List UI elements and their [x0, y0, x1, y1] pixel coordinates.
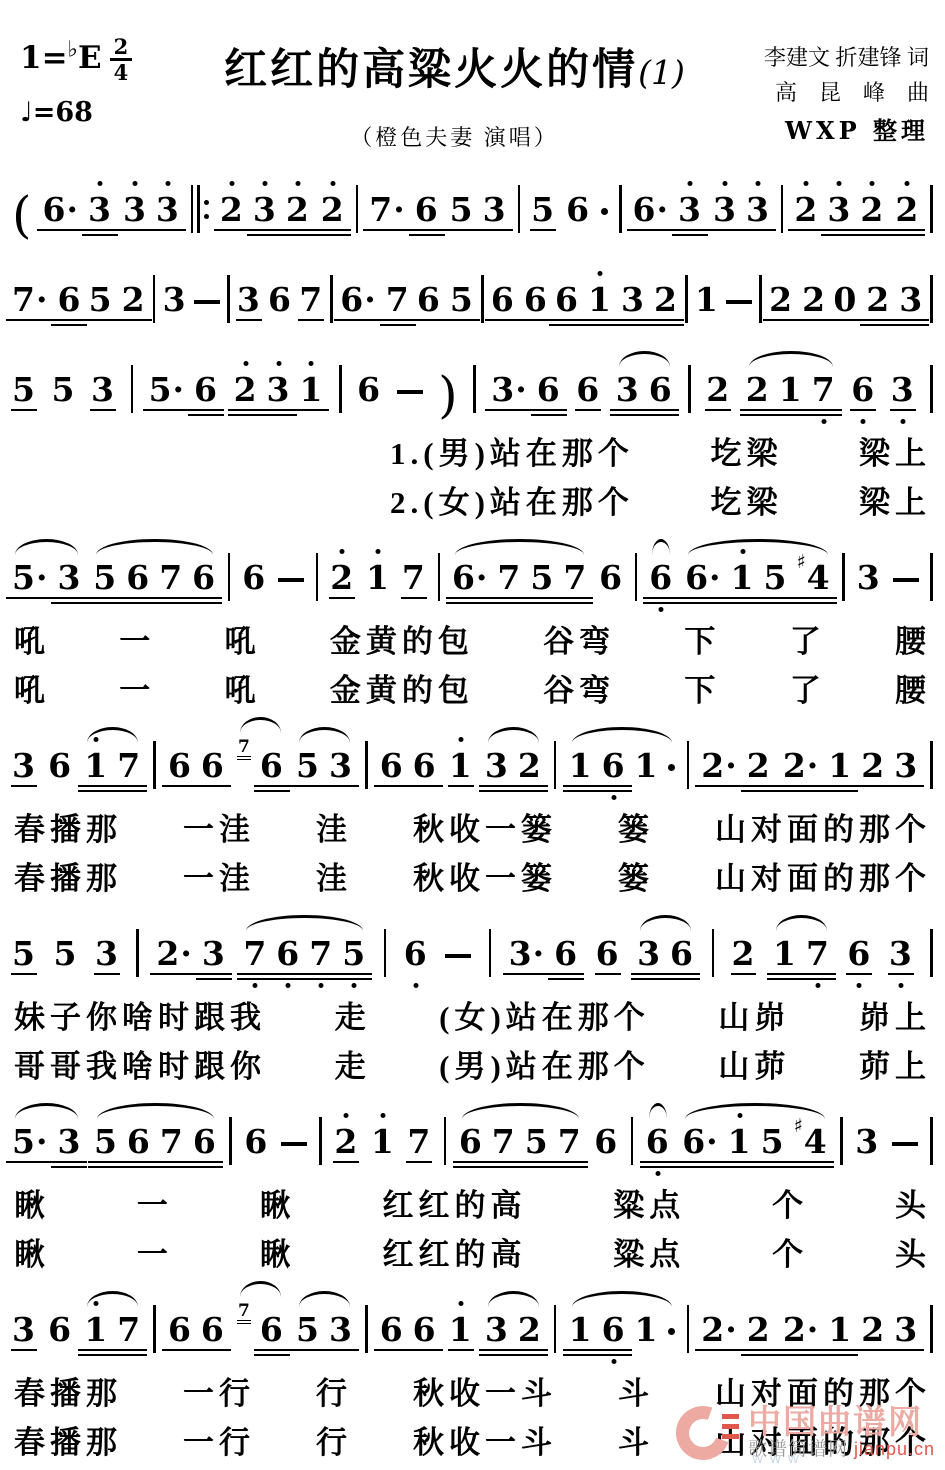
note: 6	[555, 283, 579, 316]
note: 7	[159, 561, 183, 594]
note: 3	[57, 1125, 81, 1158]
barline	[131, 365, 134, 413]
note: 7	[309, 937, 333, 970]
sharp-icon: ♯	[796, 553, 805, 572]
note: 7	[117, 1313, 141, 1346]
note: 6	[192, 561, 216, 594]
barline	[687, 1305, 690, 1353]
note: 2	[518, 1313, 542, 1346]
note: 5	[53, 937, 77, 970]
duration-dash	[194, 300, 220, 305]
duration-dash	[726, 300, 752, 305]
slur-group: 36	[616, 373, 673, 406]
note: 6	[57, 283, 81, 316]
slur-group: 6·757	[452, 561, 587, 594]
note: 6·	[43, 193, 79, 226]
note: 6	[357, 373, 381, 406]
octave-dot-below	[611, 1359, 616, 1364]
octave-dot-above	[262, 181, 267, 186]
duration-dash	[445, 954, 471, 959]
lyrics-block: 妹子你啥时跟我走(女)站在那个山峁峁上哥哥我啥时跟你走(男)站在那个山茆茆上	[0, 992, 945, 1090]
beam-group: 2·3	[156, 937, 225, 970]
note: 7	[243, 937, 267, 970]
note: 3	[88, 193, 112, 226]
note: 5	[52, 373, 76, 406]
note: 3	[483, 193, 507, 226]
slur-group: 53	[296, 749, 353, 782]
note: 5	[93, 561, 117, 594]
lyric-segment: 头	[895, 1180, 931, 1225]
lyric-segment: 红红的高	[382, 1180, 526, 1225]
barline	[153, 741, 156, 789]
slur-group: 161	[569, 749, 675, 782]
beam-group: 33	[713, 193, 770, 226]
note: 1	[635, 749, 659, 782]
lyric-segment: 腰	[895, 665, 931, 710]
duration-dash	[892, 1142, 918, 1147]
barline	[229, 1117, 232, 1165]
barline	[365, 741, 368, 789]
note: 6	[242, 561, 266, 594]
slur-group: 17	[84, 1313, 141, 1346]
note: 6	[417, 283, 441, 316]
note: 3	[123, 193, 147, 226]
note: 3	[57, 561, 81, 594]
octave-dot-below	[319, 983, 324, 988]
lyric-segment: 瞅	[14, 1180, 50, 1225]
note: 2·	[156, 937, 192, 970]
performer-subtitle: （橙色夫妻 演唱）	[198, 121, 711, 152]
barline	[635, 553, 638, 601]
open-paren: (	[12, 195, 32, 235]
note: 1	[635, 1313, 659, 1346]
slur-group: 6757	[459, 1125, 582, 1158]
note: 5	[450, 193, 474, 226]
note: 3	[827, 193, 851, 226]
note: 5	[342, 937, 366, 970]
credits-block: 李建文 折建锋 词 高 昆 峰 曲 WXP 整理	[711, 36, 929, 152]
note: 2	[794, 193, 818, 226]
lyric-segment: 山对面的那个	[715, 804, 931, 849]
music-line: 5535·62316)3·6636221763	[0, 338, 945, 428]
barline	[316, 553, 319, 601]
lyric-segment: 下	[684, 665, 720, 710]
octave-dot-above	[330, 181, 335, 186]
lyric-segment: 峁上	[859, 992, 931, 1037]
note: 7	[806, 937, 830, 970]
note: 2	[747, 1313, 771, 1346]
note: 7	[117, 749, 141, 782]
barline	[687, 741, 690, 789]
watermark-site-name: 中国曲谱网	[748, 1406, 935, 1441]
sharp-icon: ♯	[794, 1117, 803, 1136]
note: 2	[746, 373, 770, 406]
octave-dot-above	[755, 181, 760, 186]
note: 5	[296, 749, 320, 782]
note: 6	[380, 749, 404, 782]
note: 0	[833, 283, 857, 316]
note: 3	[899, 283, 923, 316]
beam-group: 2	[321, 193, 345, 226]
octave-dot-above	[344, 1113, 349, 1118]
barline	[554, 1305, 557, 1353]
beam-group: 22	[769, 283, 826, 316]
note: 1	[828, 1313, 852, 1346]
octave-dot-above	[165, 181, 170, 186]
note: 3	[237, 283, 261, 316]
slur-group: 17	[84, 749, 141, 782]
note: 6	[260, 1313, 284, 1346]
note: 2	[122, 283, 146, 316]
note: 3	[894, 749, 918, 782]
lyric-segment: 山茆	[718, 1041, 790, 1086]
note: 2	[747, 749, 771, 782]
octave-dot-below	[659, 607, 664, 612]
lyric-segment: 春播那	[14, 804, 122, 849]
beam-group: 3·6	[491, 373, 560, 406]
note: 7	[299, 283, 323, 316]
lyric-segment: (女)站在那个	[439, 992, 650, 1037]
octave-dot-above	[804, 181, 809, 186]
lyric-segment: 哥哥我啥时跟你	[14, 1041, 266, 1086]
note: 6	[413, 1313, 437, 1346]
lyric-segment: 梁上	[859, 477, 931, 522]
note: 2	[334, 1125, 358, 1158]
note: 5	[761, 1125, 785, 1158]
note: 5	[296, 1313, 320, 1346]
octave-dot-above	[870, 181, 875, 186]
barline	[228, 553, 231, 601]
grace-note: 7	[237, 739, 251, 760]
slur-group: 17	[773, 937, 830, 970]
augmentation-dot	[668, 764, 675, 771]
note: 5	[530, 561, 554, 594]
beam-group: 66	[380, 1313, 437, 1346]
watermark-faint-url: www	[752, 1451, 806, 1467]
note: 6·	[340, 283, 376, 316]
note: 2	[895, 193, 919, 226]
note: 7	[407, 1125, 431, 1158]
beam-group: 53	[450, 193, 507, 226]
note: 1	[588, 283, 612, 316]
lyric-segment: 秋收一篓	[413, 804, 557, 849]
lyric-segment: 了	[790, 665, 826, 710]
note: 3	[746, 193, 770, 226]
octave-dot-above	[243, 361, 248, 366]
slur-group: 7675	[243, 937, 366, 970]
lyric-line: 瞅一瞅红红的高粱点个头	[14, 1229, 931, 1278]
beam-group: 66	[168, 749, 225, 782]
note: 1	[779, 373, 803, 406]
octave-dot-below	[611, 795, 616, 800]
barline	[930, 1117, 933, 1165]
barline	[365, 1305, 368, 1353]
note: 2	[654, 283, 678, 316]
beam-group: 2	[895, 193, 919, 226]
note: 6·	[452, 561, 488, 594]
beam-group: 6132	[555, 283, 678, 316]
note: 2	[234, 373, 258, 406]
note: 7	[386, 283, 410, 316]
note: 6	[201, 1313, 225, 1346]
lyric-segment: 秋收一斗	[413, 1417, 557, 1462]
note: 6	[566, 193, 590, 226]
lyric-segment: 吼	[225, 665, 261, 710]
octave-dot-below	[352, 983, 357, 988]
lyric-segment: 茆上	[859, 1041, 931, 1086]
octave-dot-above	[94, 737, 99, 742]
note: 6	[201, 749, 225, 782]
note: 2	[321, 193, 345, 226]
lyric-segment: 瞅	[14, 1229, 50, 1274]
lyric-line: 吼一吼金黄的包谷弯下了腰	[14, 616, 931, 665]
beam-group: 66	[168, 1313, 225, 1346]
octave-dot-above	[276, 361, 281, 366]
music-line: 7·65233676·765666132122023	[0, 248, 945, 338]
note: 3·	[509, 937, 545, 970]
grace-note: 7	[237, 1303, 251, 1324]
lyric-segment: 山对面的那个	[715, 853, 931, 898]
octave-dot-below	[655, 1171, 660, 1176]
note: 6	[168, 749, 192, 782]
lyric-segment: 秋收一斗	[413, 1368, 557, 1413]
lyric-segment: 一洼	[183, 853, 255, 898]
note: 7	[563, 561, 587, 594]
lyric-segment: 金黄的包	[330, 665, 474, 710]
augmentation-dot	[601, 208, 608, 215]
note: 2	[220, 193, 244, 226]
note: 5	[450, 283, 474, 316]
barline	[781, 185, 784, 233]
music-line: 5·3567662176·757666·15♯43	[0, 526, 945, 616]
note: 6	[168, 1313, 192, 1346]
note: 5	[94, 1125, 118, 1158]
watermark: 中国曲谱网 歌谱简谱网 jianpu.cn www	[674, 1402, 935, 1464]
barline	[444, 1117, 447, 1165]
octave-dot-below	[253, 983, 258, 988]
note: 6	[537, 373, 561, 406]
octave-dot-above	[309, 361, 314, 366]
note: 3	[91, 373, 115, 406]
octave-dot-below	[286, 983, 291, 988]
note: 6	[491, 283, 515, 316]
note: 7·	[369, 193, 405, 226]
lyric-segment: 腰	[895, 616, 931, 661]
note: 2·	[783, 749, 819, 782]
note: 3	[621, 283, 645, 316]
tempo-marking: ♩=68	[20, 97, 198, 128]
lyric-segment: 谷弯	[543, 616, 615, 661]
note: 7	[402, 561, 426, 594]
barline	[930, 185, 933, 233]
note: 2·	[701, 749, 737, 782]
beam-group: 6·3	[633, 193, 702, 226]
note: 3	[616, 373, 640, 406]
note: 1	[828, 749, 852, 782]
quarter-note-icon: ♩	[20, 97, 33, 128]
octave-dot-below	[861, 419, 866, 424]
lyrics-block: 瞅一瞅红红的高粱点个头瞅一瞅红红的高粱点个头	[0, 1180, 945, 1278]
note: 1	[728, 1125, 752, 1158]
tempo-value: =68	[33, 97, 93, 128]
slur-group: 5·3	[12, 1125, 81, 1158]
note: 3	[12, 1313, 36, 1346]
barline	[136, 929, 139, 977]
watermark-text: 中国曲谱网 歌谱简谱网 jianpu.cn www	[748, 1406, 935, 1461]
lyric-line: 春播那一洼洼秋收一篓篓山对面的那个	[14, 804, 931, 853]
note: 6	[380, 1313, 404, 1346]
lyric-segment: 吼	[225, 616, 261, 661]
note: 6	[596, 937, 620, 970]
note: 1	[84, 1313, 108, 1346]
lyric-segment: 斗	[618, 1368, 654, 1413]
note: 1	[569, 749, 593, 782]
music-line: 5532·3767563·663621763	[0, 902, 945, 992]
note: 6	[670, 937, 694, 970]
note: 5	[12, 937, 36, 970]
note: 6	[459, 1125, 483, 1158]
note: 3	[253, 193, 277, 226]
note: 6	[524, 283, 548, 316]
song-title-text: 红红的高粱火火的情	[224, 47, 638, 94]
octave-dot-below	[900, 419, 905, 424]
lyric-segment: 圪梁	[710, 477, 782, 522]
note: 6	[244, 1125, 268, 1158]
music-line: 3617667653661321612·22·123	[0, 714, 945, 804]
note: 2	[866, 283, 890, 316]
octave-dot-above	[229, 181, 234, 186]
beam-group: 5·6	[149, 373, 218, 406]
lyric-line: 春播那一洼洼秋收一篓篓山对面的那个	[14, 853, 931, 902]
barline	[759, 275, 762, 323]
lyric-segment: 吼	[14, 616, 50, 661]
qupu-logo-icon	[674, 1402, 746, 1464]
note: 6	[599, 561, 623, 594]
note: 3	[713, 193, 737, 226]
barline	[930, 365, 933, 413]
beam-group: 2·2	[701, 749, 770, 782]
beam-group: 2·2	[701, 1313, 770, 1346]
lyric-segment: 谷弯	[543, 665, 615, 710]
note: 6	[649, 373, 673, 406]
lyric-segment: 春播那	[14, 1368, 122, 1413]
note: ♯4	[794, 1125, 828, 1158]
lyric-segment: 斗	[618, 1417, 654, 1462]
note: 3	[202, 937, 226, 970]
watermark-url: jianpu.cn	[854, 1439, 935, 1459]
note: 2	[286, 193, 310, 226]
lyric-segment: 一	[119, 665, 155, 710]
note: 7	[558, 1125, 582, 1158]
note: 6	[268, 283, 292, 316]
note: 3	[95, 937, 119, 970]
lyric-segment: 篓	[618, 853, 654, 898]
note: 6	[260, 749, 284, 782]
score: (6·33323227·653566·33323227·65233676·765…	[0, 152, 945, 1466]
key-signature-block: 1=♭E24 ♩=68	[20, 36, 198, 152]
note: 6	[415, 193, 439, 226]
lyric-segment: 洼	[316, 853, 352, 898]
barline	[840, 1117, 843, 1165]
barline	[319, 1117, 322, 1165]
repeat-begin-barline	[191, 185, 209, 233]
lyric-segment: 妹子你啥时跟我	[14, 992, 266, 1037]
music-line: 3617667653661321612·22·123	[0, 1278, 945, 1368]
duration-dash	[278, 578, 304, 583]
lyric-segment: 瞅	[260, 1180, 296, 1225]
lyric-segment: 一行	[183, 1417, 255, 1462]
note: 2·	[701, 1313, 737, 1346]
note: 3	[891, 373, 915, 406]
octave-dot-below	[821, 419, 826, 424]
duration-dash	[281, 1142, 307, 1147]
octave-dot-above	[97, 181, 102, 186]
barline	[330, 275, 333, 323]
beam-group: 2·123	[783, 1313, 918, 1346]
lyric-segment: 行	[316, 1417, 352, 1462]
slur-group: 76	[237, 739, 284, 782]
barline	[384, 929, 387, 977]
barline	[631, 1117, 634, 1165]
note: 3·	[491, 373, 527, 406]
note: 1	[449, 749, 473, 782]
lyric-segment: 下	[684, 616, 720, 661]
key-note: E	[78, 40, 102, 76]
slur-group: 6·15♯4	[685, 561, 831, 594]
beam-group: 3·6	[509, 937, 578, 970]
note: 6	[602, 749, 626, 782]
slur-group: 6	[649, 561, 673, 594]
note: 1	[773, 937, 797, 970]
song-part-number: (1)	[638, 53, 685, 92]
barline	[930, 553, 933, 601]
beam-group: 6·3	[43, 193, 112, 226]
beam-group: 231	[234, 373, 324, 406]
note: 1	[366, 561, 390, 594]
note: 7	[497, 561, 521, 594]
note: 2	[860, 193, 884, 226]
lyric-segment: 一	[119, 616, 155, 661]
barline	[227, 275, 230, 323]
note: 3	[894, 1313, 918, 1346]
note: 5·	[149, 373, 185, 406]
lyric-line: 吼一吼金黄的包谷弯下了腰	[14, 665, 931, 714]
slur-group: 5·3	[12, 561, 81, 594]
note: 6	[126, 561, 150, 594]
lyric-segment: 金黄的包	[330, 616, 474, 661]
note: 5	[12, 373, 36, 406]
note: 2	[518, 749, 542, 782]
logo-bars	[722, 1414, 739, 1439]
lyric-segment: 2.(女)站在那个	[390, 477, 634, 522]
octave-dot-above	[340, 549, 345, 554]
octave-dot-below	[857, 983, 862, 988]
note: 2	[706, 373, 730, 406]
lyric-segment: 粱点	[613, 1180, 685, 1225]
octave-dot-above	[597, 271, 602, 276]
title-block: 红红的高粱火火的情(1) （橙色夫妻 演唱）	[198, 36, 711, 152]
close-paren: )	[438, 375, 458, 415]
note: 3	[637, 937, 661, 970]
note: 7·	[12, 283, 48, 316]
beam-group: 023	[833, 283, 923, 316]
note: 3	[12, 749, 36, 782]
note: 3	[485, 749, 509, 782]
note: 1	[449, 1313, 473, 1346]
note: 6·	[682, 1125, 718, 1158]
barline	[339, 365, 342, 413]
duration-dash	[397, 390, 423, 395]
